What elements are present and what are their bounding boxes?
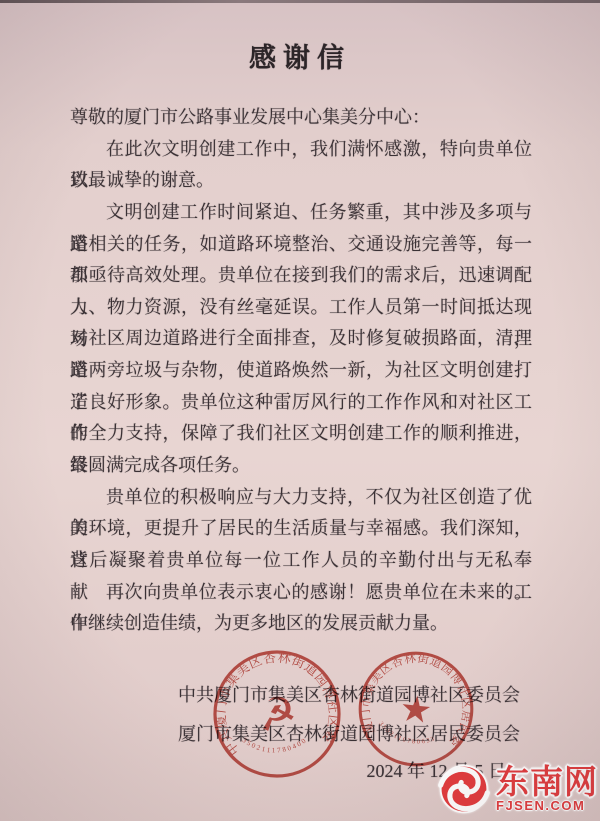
residents-committee-seal: 厦门市集美区杏林街道园博社区居民委员会 ★ 3502110780633 (347, 640, 485, 778)
letter-line: 以最诚挚的谢意。 (70, 165, 532, 197)
letter-line: 终圆满完成各项任务。 (70, 450, 532, 482)
letter-body: 尊敬的厦门市公路事业发展中心集美分中心： 在此次文明创建工作中，我们满怀感激，特… (70, 102, 532, 640)
party-committee-seal: 中共厦门市集美区杏林街道园博社区委员会 ☭ 3502111780400 (196, 633, 358, 795)
letter-line: 力、物力资源，没有丝毫延误。工作人员第一时间抵达现场， (70, 292, 532, 324)
watermark-text-group: 东南网 FJSEN.COM (496, 766, 598, 813)
fjsen-watermark: 东南网 FJSEN.COM (436, 761, 598, 817)
letter-line: 都亟待高效处理。贵单位在接到我们的需求后，迅速调配人 (70, 260, 532, 292)
letter-line: 了良好形象。贵单位这种雷厉风行的工作作风和对社区工作 (70, 387, 532, 419)
hammer-and-sickle-icon: ☭ (253, 687, 300, 742)
letter-line: 的全力支持，保障了我们社区文明创建工作的顺利推进，最 (70, 418, 532, 450)
letter-line: 路两旁垃圾与杂物，使道路焕然一新，为社区文明创建打造 (70, 355, 532, 387)
letter-line: 再次向贵单位表示衷心的感谢！愿贵单位在未来的工作 (70, 577, 532, 609)
star-icon: ★ (398, 688, 434, 731)
letter-line: 路相关的任务，如道路环境整治、交通设施完善等，每一项 (70, 229, 532, 261)
letter-line: 在此次文明创建工作中，我们满怀感激，特向贵单位致 (70, 134, 532, 166)
letter-title: 感谢信 (0, 36, 600, 75)
letter-line: 的环境，更提升了居民的生活质量与幸福感。我们深知，这 (70, 513, 532, 545)
salutation: 尊敬的厦门市公路事业发展中心集美分中心： (70, 102, 532, 134)
letter-line: 对社区周边道路进行全面排查，及时修复破损路面，清理道 (70, 323, 532, 355)
letter-line: 背后凝聚着贵单位每一位工作人员的辛勤付出与无私奉献。 (70, 545, 532, 577)
watermark-site-name: 东南网 (496, 766, 598, 798)
watermark-domain: FJSEN.COM (496, 799, 585, 813)
fjsen-swirl-icon (436, 761, 492, 817)
letter-line: 中继续创造佳绩，为更多地区的发展贡献力量。 (70, 608, 532, 640)
letter-line: 贵单位的积极响应与大力支持，不仅为社区创造了优美 (70, 482, 532, 514)
letter-photo: 感谢信 尊敬的厦门市公路事业发展中心集美分中心： 在此次文明创建工作中，我们满怀… (0, 0, 600, 821)
letter-line: 文明创建工作时间紧迫、任务繁重，其中涉及多项与道 (70, 197, 532, 229)
